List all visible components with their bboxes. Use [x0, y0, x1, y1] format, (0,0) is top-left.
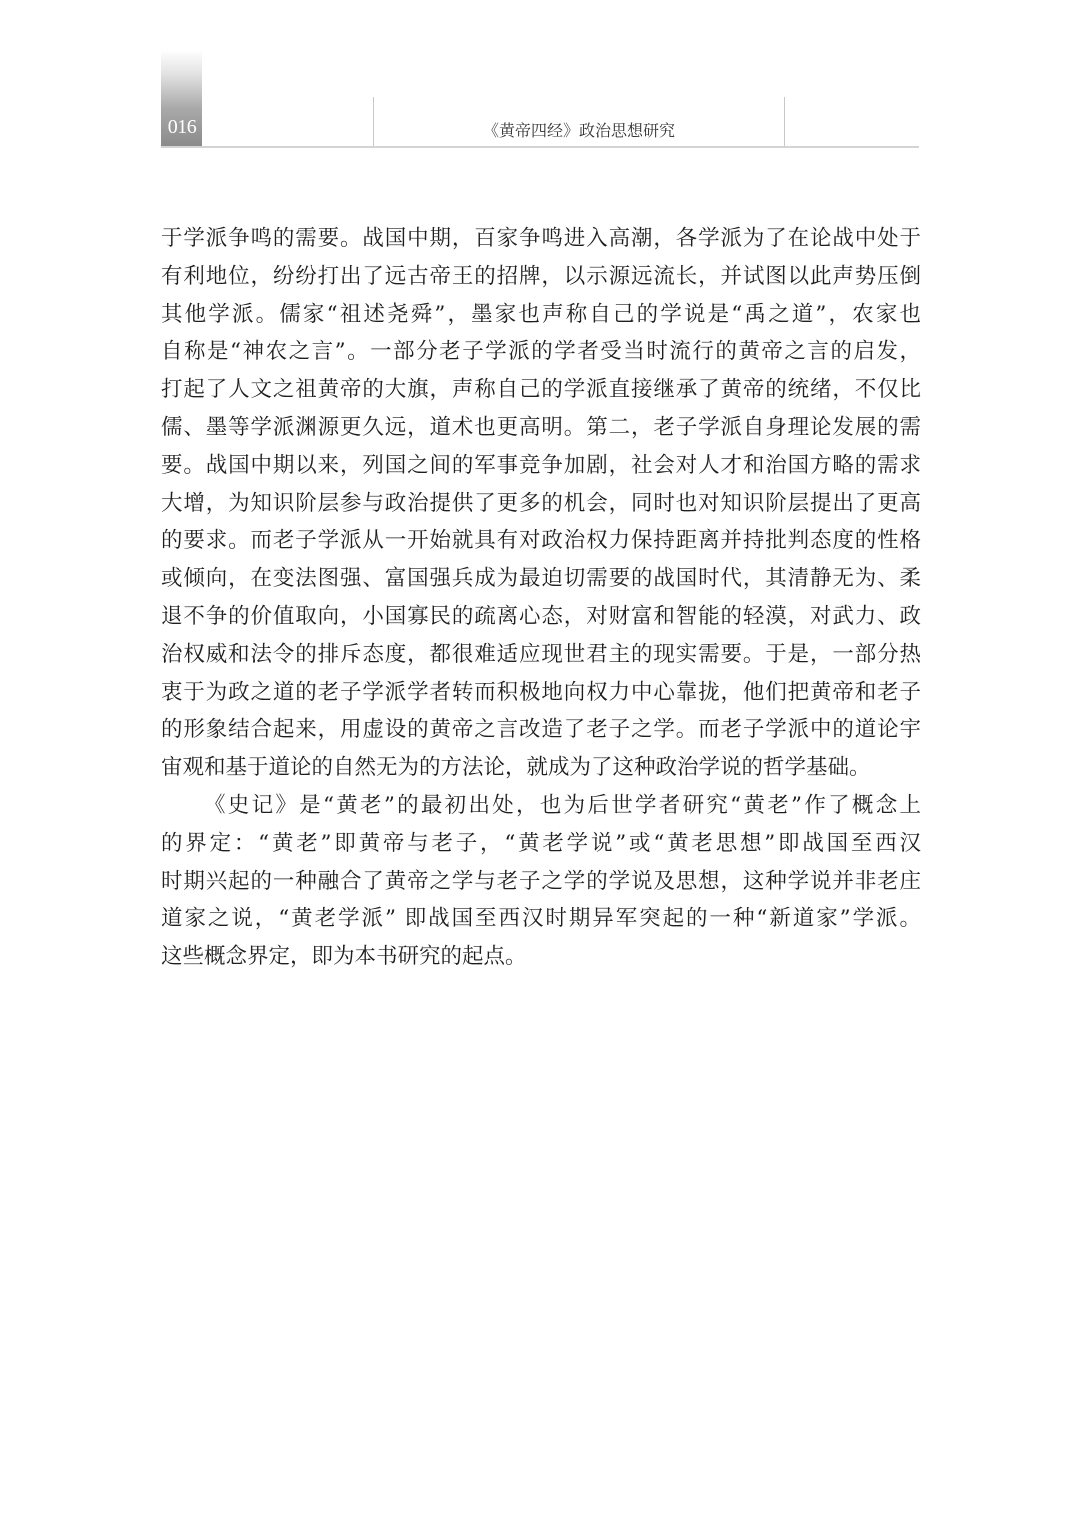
text-line: 宙观和基于道论的自然无为的方法论，就成为了这种政治学说的哲学基础。 [161, 749, 921, 787]
running-title: 《黄帝四经》政治思想研究 [374, 118, 784, 141]
text-line: 《史记》是“黄老”的最初出处，也为后世学者研究“黄老”作了概念上 [161, 787, 921, 825]
body-text: 于学派争鸣的需要。战国中期，百家争鸣进入高潮，各学派为了在论战中处于 有利地位，… [161, 220, 921, 976]
header-divider-right [784, 97, 785, 146]
text-line: 的形象结合起来，用虚设的黄帝之言改造了老子之学。而老子学派中的道论宇 [161, 711, 921, 749]
header-rule [161, 146, 919, 148]
text-line: 的界定：“黄老”即黄帝与老子，“黄老学说”或“黄老思想”即战国至西汉 [161, 825, 921, 863]
text-line: 儒、墨等学派渊源更久远，道术也更高明。第二，老子学派自身理论发展的需 [161, 409, 921, 447]
text-line: 有利地位，纷纷打出了远古帝王的招牌，以示源远流长，并试图以此声势压倒 [161, 258, 921, 296]
text-line: 或倾向，在变法图强、富国强兵成为最迫切需要的战国时代，其清静无为、柔 [161, 560, 921, 598]
paragraph-1: 于学派争鸣的需要。战国中期，百家争鸣进入高潮，各学派为了在论战中处于 有利地位，… [161, 220, 921, 787]
text-line: 其他学派。儒家“祖述尧舜”，墨家也声称自己的学说是“禹之道”，农家也 [161, 296, 921, 334]
text-line: 退不争的价值取向，小国寡民的疏离心态，对财富和智能的轻漠，对武力、政 [161, 598, 921, 636]
page-number: 016 [163, 116, 201, 139]
text-line: 这些概念界定，即为本书研究的起点。 [161, 938, 921, 976]
text-line: 治权威和法令的排斥态度，都很难适应现世君主的现实需要。于是，一部分热 [161, 636, 921, 674]
text-line: 于学派争鸣的需要。战国中期，百家争鸣进入高潮，各学派为了在论战中处于 [161, 220, 921, 258]
text-line: 自称是“神农之言”。一部分老子学派的学者受当时流行的黄帝之言的启发， [161, 333, 921, 371]
text-line: 大增，为知识阶层参与政治提供了更多的机会，同时也对知识阶层提出了更高 [161, 485, 921, 523]
text-line: 打起了人文之祖黄帝的大旗，声称自己的学派直接继承了黄帝的统绪，不仅比 [161, 371, 921, 409]
text-line: 的要求。而老子学派从一开始就具有对政治权力保持距离并持批判态度的性格 [161, 522, 921, 560]
text-line: 衷于为政之道的老子学派学者转而积极地向权力中心靠拢，他们把黄帝和老子 [161, 674, 921, 712]
paragraph-2: 《史记》是“黄老”的最初出处，也为后世学者研究“黄老”作了概念上 的界定：“黄老… [161, 787, 921, 976]
text-line: 要。战国中期以来，列国之间的军事竞争加剧，社会对人才和治国方略的需求 [161, 447, 921, 485]
text-line: 道家之说，“黄老学派” 即战国至西汉时期异军突起的一种“新道家”学派。 [161, 900, 921, 938]
text-line: 时期兴起的一种融合了黄帝之学与老子之学的学说及思想，这种学说并非老庄 [161, 863, 921, 901]
